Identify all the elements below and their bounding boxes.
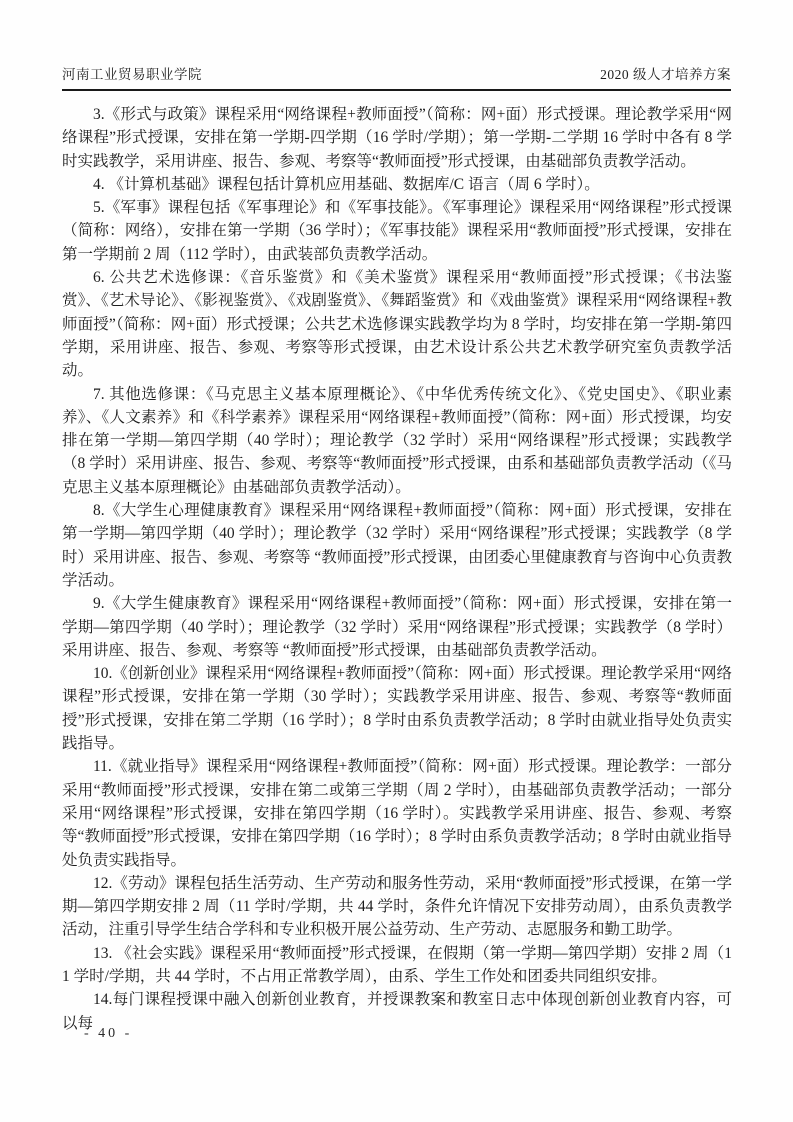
paragraph-item-3: 3.《形式与政策》课程采用“网络课程+教师面授”（简称：网+面）形式授课。理论教… xyxy=(62,103,732,173)
paragraph-item-11: 11.《就业指导》课程采用“网络课程+教师面授”（简称：网+面）形式授课。理论教… xyxy=(62,755,732,871)
paragraph-item-9: 9.《大学生健康教育》课程采用“网络课程+教师面授”（简称：网+面）形式授课，安… xyxy=(62,592,732,662)
paragraph-item-13: 13. 《社会实践》课程采用“教师面授”形式授课，在假期（第一学期—第四学期）安… xyxy=(62,942,732,989)
header-institution-name: 河南工业贸易职业学院 xyxy=(62,66,202,84)
paragraph-item-7: 7. 其他选修课：《马克思主义基本原理概论》、《中华优秀传统文化》、《党史国史》… xyxy=(62,383,732,499)
paragraph-item-14: 14.每门课程授课中融入创新创业教育，并授课教案和教室日志中体现创新创业教育内容… xyxy=(62,988,732,1035)
paragraph-item-8: 8.《大学生心理健康教育》课程采用“网络课程+教师面授”（简称：网+面）形式授课… xyxy=(62,499,732,592)
paragraph-item-10: 10.《创新创业》课程采用“网络课程+教师面授”（简称：网+面）形式授课。理论教… xyxy=(62,662,732,755)
paragraph-item-12: 12.《劳动》课程包括生活劳动、生产劳动和服务性劳动，采用“教师面授”形式授课，… xyxy=(62,872,732,942)
document-body: 3.《形式与政策》课程采用“网络课程+教师面授”（简称：网+面）形式授课。理论教… xyxy=(62,103,732,1035)
paragraph-item-6: 6. 公共艺术选修课：《音乐鉴赏》和《美术鉴赏》课程采用“教师面授”形式授课；《… xyxy=(62,266,732,382)
page-number: - 40 - xyxy=(84,1026,132,1042)
paragraph-item-4: 4. 《计算机基础》课程包括计算机应用基础、数据库/C 语言（周 6 学时）。 xyxy=(62,173,732,196)
document-page: 河南工业贸易职业学院 2020 级人才培养方案 3.《形式与政策》课程采用“网络… xyxy=(0,0,793,1122)
page-header: 河南工业贸易职业学院 2020 级人才培养方案 xyxy=(62,66,731,91)
header-document-title: 2020 级人才培养方案 xyxy=(600,66,731,84)
paragraph-item-5: 5.《军事》课程包括《军事理论》和《军事技能》。《军事理论》课程采用“网络课程”… xyxy=(62,196,732,266)
